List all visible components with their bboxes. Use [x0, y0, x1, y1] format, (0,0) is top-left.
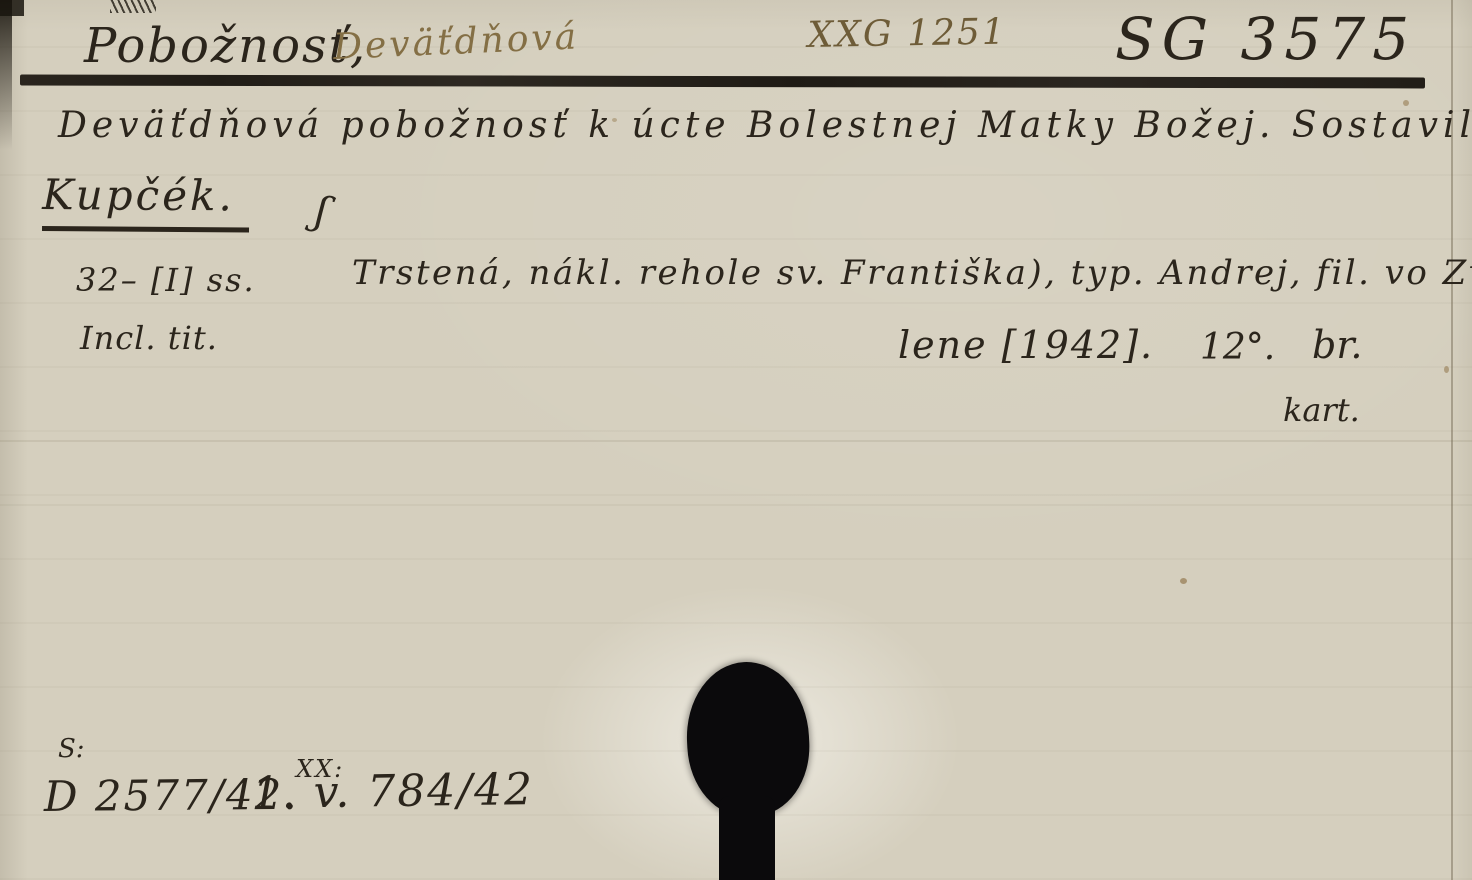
collation-note: Incl. tit.: [80, 322, 218, 354]
author-name: Kupčék.: [42, 174, 249, 232]
binding-statement: br.: [1312, 326, 1362, 364]
scan-corner-shadow: [0, 0, 24, 16]
header-rule: [20, 75, 1425, 89]
paper-speck: [1444, 366, 1449, 373]
binding-note: kart.: [1283, 394, 1360, 426]
catalog-card: Pobožnosť, Deväťdňová XXG 1251 SG 3575 D…: [0, 0, 1472, 880]
paper-speck: [1180, 578, 1187, 584]
xx-accession-number: 1. v. 784/42: [251, 768, 534, 816]
call-number: XXG 1251: [807, 15, 1007, 54]
faint-rule-line: [0, 440, 1472, 442]
punch-hole-slot: [719, 796, 775, 880]
faint-rule-line: [0, 504, 1472, 506]
scan-edge-shadow: [0, 0, 12, 150]
heading-main: Pobožnosť,: [84, 22, 367, 70]
heading-added-term: Deväťdňová: [332, 19, 579, 66]
collation-statement: 32– [I] ss.: [76, 264, 256, 296]
format-statement: 12°.: [1200, 330, 1275, 366]
check-mark: ʃ: [312, 191, 331, 232]
imprint-line-1: Trstená, nákl. rehole sv. Františka), ty…: [352, 256, 1472, 290]
signature-number: SG 3575: [1115, 10, 1416, 68]
s-label: S:: [58, 736, 85, 762]
pen-flourish-mark: [110, 0, 156, 13]
title-statement: Deväťdňová pobožnosť k úcte Bolestnej Ma…: [58, 108, 1472, 144]
imprint-line-2: lene [1942].: [898, 326, 1154, 364]
